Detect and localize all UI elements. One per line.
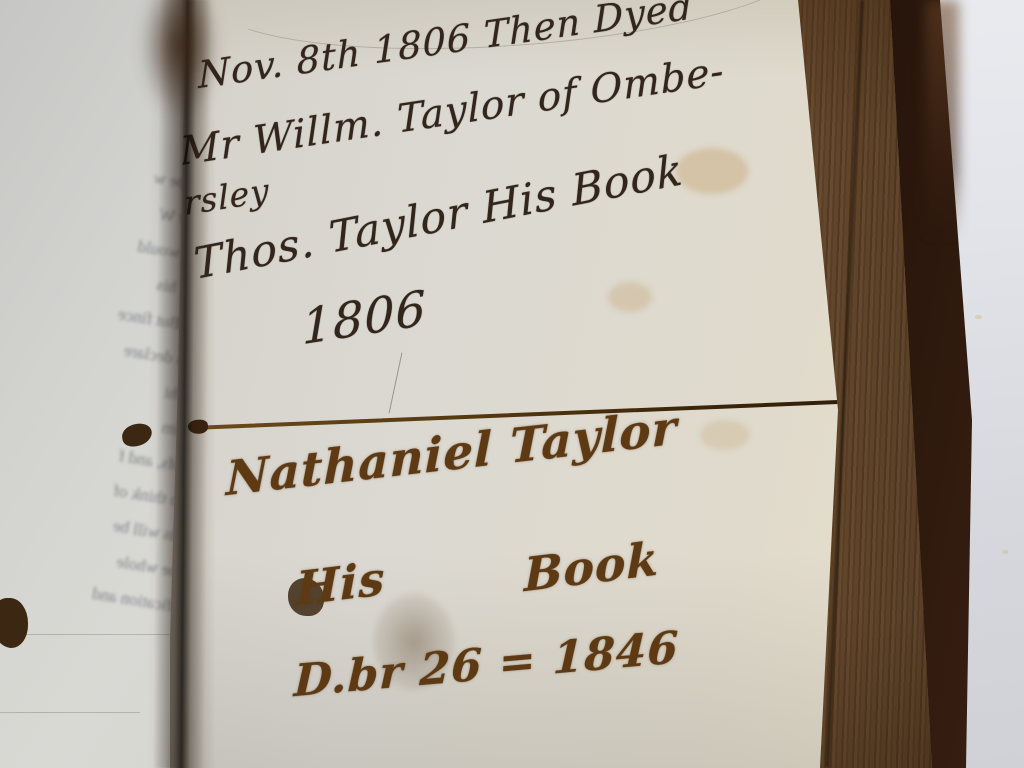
handwriting-word-book: Book (524, 531, 659, 602)
ink-blot (0, 598, 28, 648)
table-speck (1002, 550, 1008, 554)
paper-stain (700, 420, 750, 450)
handwriting-word-his: His (296, 551, 385, 616)
paper-stain (676, 148, 748, 194)
book-cover-highlight (925, 0, 959, 240)
table-speck (975, 315, 982, 319)
book-photo: of p we may be w ay better W nce, he wou… (0, 0, 1024, 768)
faint-impression-line (0, 712, 140, 713)
handwriting-line-year-1806: 1806 (302, 280, 428, 356)
handwriting-line-date-1846: D.br 26 = 1846 (293, 622, 680, 707)
ink-hairline (389, 353, 403, 414)
paper-stain (608, 282, 652, 312)
handwriting-line-thos-taylor: Thos. Taylor His Book (192, 145, 685, 290)
gutter-top-shadow (140, 0, 220, 120)
